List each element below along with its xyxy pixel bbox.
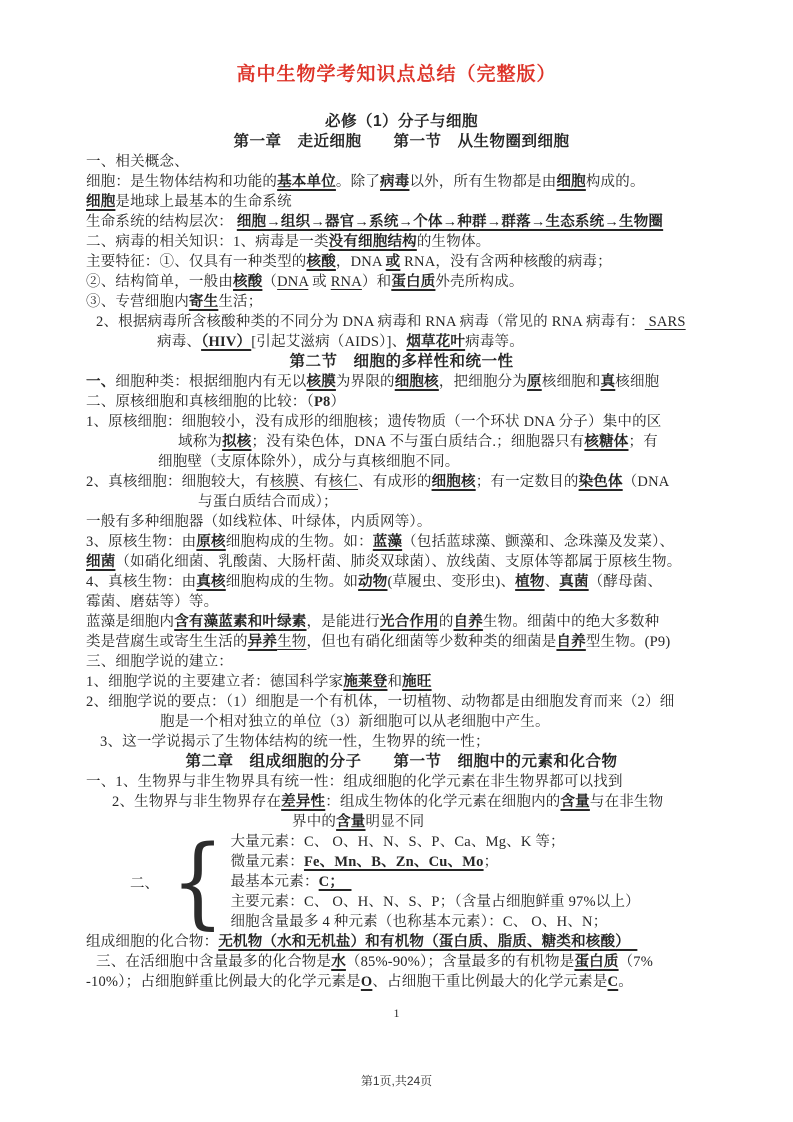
text-segment: RNA [331,274,362,290]
text-segment: 三、在活细胞中含量最多的化合物是 [96,954,331,970]
text-line: 1、细胞学说的主要建立者：德国科学家施莱登和施旺 [86,672,717,692]
text-segment: 施旺 [402,674,431,690]
text-segment: 型生物。(P9) [586,634,671,650]
text-line: 二、病毒的相关知识：1、病毒是一类没有细胞结构的生物体。 [86,232,717,252]
text-segment: 细胞壁（支原体除外），成分与真核细胞不同。 [158,454,459,470]
document-page: 高中生物学考知识点总结（完整版） 必修（1）分子与细胞第一章 走近细胞 第一节 … [0,0,793,1122]
text-segment: 蛋白质 [574,954,618,970]
text-line: 1、原核细胞：细胞较小，没有成形的细胞核；遗传物质（一个环状 DNA 分子）集中… [86,412,717,432]
text-segment: 施莱登 [343,674,387,690]
text-segment: 或 [386,254,401,270]
text-line: -10%）；占细胞鲜重比例最大的化学元素是O、占细胞干重比例最大的化学元素是C。 [86,972,717,992]
brace-text-line: 微量元素：Fe、Mn、B、Zn、Cu、Mo； [230,852,639,872]
text-line: 三、在活细胞中含量最多的化合物是水（85%-90%）；含量最多的有机物是蛋白质（… [86,952,717,972]
section-heading: 第二节 细胞的多样性和统一性 [86,352,717,372]
text-segment: 动物 [358,574,387,590]
brace-text-line: 主要元素：C、 O、H、N、S、P；（含量占细胞鲜重 97%以上） [230,892,639,912]
text-segment: [引起艾滋病（AIDS）]、 [251,334,406,350]
text-segment: 核酸 [233,274,262,290]
text-segment: 细胞构成的生物。如： [226,534,373,550]
text-segment: 微量元素： [230,854,304,870]
text-segment: 原核 [196,534,225,550]
document-title: 高中生物学考知识点总结（完整版） [0,62,793,88]
text-segment: 与蛋白质结合而成）； [198,494,338,510]
text-segment: 生物 [277,634,306,650]
text-segment: 一、 [86,374,115,390]
text-segment: 细胞含量最多 4 种元素（也称基本元素）：C、 O、H、N； [230,914,607,930]
text-segment: 细胞 [86,194,115,210]
text-segment: （HIV） [201,334,251,350]
text-segment: 细胞构成的生物。如 [226,574,358,590]
text-line: 主要特征：①、仅具有一种类型的核酸，DNA 或 RNA，没有含两种核酸的病毒； [86,252,717,272]
text-segment: 细胞核 [395,374,439,390]
text-line: 细菌（如硝化细菌、乳酸菌、大肠杆菌、肺炎双球菌）、放线菌、支原体等都属于原核生物… [86,552,717,572]
text-line: 2、根据病毒所含核酸种类的不同分为 DNA 病毒和 RNA 病毒（常见的 RNA… [86,312,717,332]
text-segment: 界中的 [292,814,336,830]
text-line: 与蛋白质结合而成）； [86,492,717,512]
section-heading: 第一章 走近细胞 第一节 从生物圈到细胞 [86,132,717,152]
text-segment: 细胞 [556,174,585,190]
text-segment: 第二章 组成细胞的分子 第一节 细胞中的元素和化合物 [185,753,617,770]
text-line: 2、真核细胞：细胞较大，有核膜、有核仁、有成形的细胞核；有一定数目的染色体（DN… [86,472,717,492]
text-segment: 2、真核细胞：细胞较大，有 [86,474,270,490]
text-line: 细胞壁（支原体除外），成分与真核细胞不同。 [86,452,717,472]
text-segment: 域称为 [178,434,222,450]
text-segment: 细胞：是生物体结构和功能的 [86,174,277,190]
text-segment: 大量元素：C、 O、H、N、S、P、Ca、Mg、K 等； [230,834,564,850]
text-line: 霉菌、磨菇等）等。 [86,592,717,612]
text-segment: 含有藻蓝素和叶绿素 [174,614,306,630]
text-line: 一般有多种细胞器（如线粒体、叶绿体，内质网等）。 [86,512,717,532]
text-segment: （ [262,274,277,290]
text-segment: ③、专营细胞内 [86,294,189,310]
text-segment: 二、原核细胞和真核细胞的比较：（ [86,394,314,410]
text-segment: 拟核 [222,434,251,450]
text-segment: 生物。细菌中的绝大多数种 [483,614,659,630]
text-line: ③、专营细胞内寄生生活； [86,292,717,312]
text-segment: Fe、Mn、B、Zn、Cu、Mo [304,854,484,870]
page-number: 1 [0,1006,793,1021]
document-body: 必修（1）分子与细胞第一章 走近细胞 第一节 从生物圈到细胞一、相关概念、细胞：… [86,112,717,992]
text-segment: 的生物体。 [417,234,491,250]
text-segment: ，是能进行 [307,614,381,630]
text-segment: 细胞核 [432,474,476,490]
text-segment: 核膜 [307,374,336,390]
text-segment: 一、1、生物界与非生物界具有统一性：组成细胞的化学元素在非生物界都可以找到 [86,774,623,790]
brace-rows: 大量元素：C、 O、H、N、S、P、Ca、Mg、K 等；微量元素：Fe、Mn、B… [230,832,639,932]
text-line: 二、原核细胞和真核细胞的比较：（P8） [86,392,717,412]
brace-text-line: 细胞含量最多 4 种元素（也称基本元素）：C、 O、H、N； [230,912,639,932]
text-segment: 以外，所有生物都是由 [409,174,556,190]
text-segment: 核细胞 [615,374,659,390]
text-segment: 生命系统的结构层次： [86,214,237,230]
text-line: 三、细胞学说的建立： [86,652,717,672]
text-segment: （如硝化细菌、乳酸菌、大肠杆菌、肺炎双球菌）、放线菌、支原体等都属于原核生物。 [115,554,681,570]
text-line: 一、细胞种类：根据细胞内有无以核膜为界限的细胞核，把细胞分为原核细胞和真核细胞 [86,372,717,392]
text-segment: C [608,974,619,990]
text-line: 域称为拟核；没有染色体，DNA 不与蛋白质结合.；细胞器只有核糖体；有 [86,432,717,452]
text-segment: 含量 [336,814,365,830]
text-segment: 自养 [556,634,585,650]
text-segment: ） [330,394,345,410]
text-segment: 1、细胞学说的主要建立者：德国科学家 [86,674,343,690]
text-segment: 第一章 走近细胞 第一节 从生物圈到细胞 [233,133,569,150]
text-segment: DNA [277,274,308,290]
text-segment: 蓝藻 [373,534,402,550]
brace-text-line: 大量元素：C、 O、H、N、S、P、Ca、Mg、K 等； [230,832,639,852]
text-segment: 核糖体 [584,434,628,450]
text-line: 3、原核生物：由原核细胞构成的生物。如：蓝藻（包括蓝球藻、颤藻和、念珠藻及发菜）… [86,532,717,552]
text-segment: （DNA [623,474,670,490]
text-segment: 基本单位 [277,174,336,190]
text-line: 胞是一个相对独立的单位（3）新细胞可以从老细胞中产生。 [86,712,717,732]
left-curly-brace-icon: { [171,823,224,941]
text-segment: ，但也有硝化细菌等少数种类的细菌是 [307,634,557,650]
text-segment: 蛋白质 [391,274,435,290]
section-heading: 必修（1）分子与细胞 [86,112,717,132]
text-segment: ；没有染色体，DNA 不与蛋白质结合.；细胞器只有 [252,434,585,450]
text-line: 蓝藻是细胞内含有藻蓝素和叶绿素，是能进行光合作用的自养生物。细菌中的绝大多数种 [86,612,717,632]
text-segment: 最基本元素： [230,874,318,890]
text-segment: 异养 [248,634,277,650]
text-segment: 真 [601,374,616,390]
text-segment: 主要元素：C、 O、H、N、S、P；（含量占细胞鲜重 97%以上） [230,894,639,910]
text-segment: 一、相关概念、 [86,154,189,170]
text-segment: 细胞→组织→器官→系统→个体→种群→群落→生态系统→生物圈 [237,214,663,230]
text-segment: SARS [645,314,686,330]
text-segment: 病毒、 [157,334,201,350]
text-segment: 是地球上最基本的生命系统 [115,194,291,210]
text-line: 2、细胞学说的要点：（1）细胞是一个有机体，一切植物、动物都是由细胞发育而来（2… [86,692,717,712]
text-segment: O [361,974,372,990]
text-segment: 一般有多种细胞器（如线粒体、叶绿体，内质网等）。 [86,514,432,530]
text-segment: 自养 [454,614,483,630]
text-segment: 构成的。 [586,174,645,190]
text-segment: 寄生 [189,294,218,310]
text-segment: 核细胞和 [542,374,601,390]
text-segment: ；有 [629,434,658,450]
text-segment: （包括蓝球藻、颤藻和、念珠藻及发菜）、 [402,534,674,550]
text-segment: 核酸 [307,254,336,270]
text-segment: （85%-90%）；含量最多的有机物是 [346,954,575,970]
text-segment: (草履虫、变形虫)、 [387,574,515,590]
text-segment: 、占细胞干重比例最大的化学元素是 [372,974,607,990]
text-segment: 3、这一学说揭示了生物体结构的统一性，生物界的统一性； [100,734,490,750]
text-segment: 外壳所构成。 [435,274,523,290]
text-segment: 为界限的 [336,374,395,390]
text-segment: 明显不同 [366,814,425,830]
text-segment: 生活； [218,294,262,310]
text-line: 一、1、生物界与非生物界具有统一性：组成细胞的化学元素在非生物界都可以找到 [86,772,717,792]
text-segment: 差异性 [281,794,325,810]
text-segment: ，DNA [336,254,386,270]
text-segment: 二、病毒的相关知识：1、病毒是一类 [86,234,329,250]
text-segment: 染色体 [579,474,623,490]
text-segment: 细菌 [86,554,115,570]
text-segment: 。除了 [336,174,380,190]
text-line: 一、相关概念、 [86,152,717,172]
text-line: 2、生物界与非生物界存在差异性：组成生物体的化学元素在细胞内的含量与在非生物 [86,792,717,812]
text-segment: 和 [387,674,402,690]
text-line: ②、结构简单，一般由核酸（DNA 或 RNA）和蛋白质外壳所构成。 [86,272,717,292]
brace-label: 二、 [130,872,159,893]
text-segment: 含量 [560,794,589,810]
text-segment: 类是营腐生或寄生生活的 [86,634,248,650]
text-segment: 的 [439,614,454,630]
text-segment: 主要特征：①、仅具有一种类型的 [86,254,307,270]
text-segment: 核膜 [270,474,299,490]
text-segment: 光合作用 [380,614,439,630]
page-footer-label: 第1页,共24页 [0,1072,793,1089]
text-segment: ）和 [362,274,391,290]
brace-text-line: 最基本元素：C； [230,872,639,892]
text-segment: 必修（1）分子与细胞 [325,113,478,130]
text-line: 病毒、（HIV）[引起艾滋病（AIDS）]、烟草花叶病毒等。 [86,332,717,352]
text-segment: P8 [314,394,331,410]
text-segment: 或 [308,274,330,290]
section-heading: 第二章 组成细胞的分子 第一节 细胞中的元素和化合物 [86,752,717,772]
text-segment: 胞是一个相对独立的单位（3）新细胞可以从老细胞中产生。 [160,714,550,730]
text-segment: 水 [331,954,346,970]
text-segment: 霉菌、磨菇等）等。 [86,594,218,610]
text-line: 细胞：是生物体结构和功能的基本单位。除了病毒以外，所有生物都是由细胞构成的。 [86,172,717,192]
text-segment: 三、细胞学说的建立： [86,654,233,670]
text-segment: 无机物（水和无机盐）和有机物（蛋白质、脂质、糖类和核酸） [218,934,637,950]
text-segment: ； [484,854,499,870]
text-segment: ；有一定数目的 [476,474,579,490]
text-segment: 烟草花叶 [406,334,465,350]
text-segment: 核仁 [329,474,358,490]
text-segment: 2、细胞学说的要点：（1）细胞是一个有机体，一切植物、动物都是由细胞发育而来（2… [86,694,674,710]
text-segment: 原 [527,374,542,390]
text-segment: 、 [545,574,560,590]
text-segment: 第二节 细胞的多样性和统一性 [289,353,513,370]
text-line: 细胞是地球上最基本的生命系统 [86,192,717,212]
text-segment: 1、原核细胞：细胞较小，没有成形的细胞核；遗传物质（一个环状 DNA 分子）集中… [86,414,662,430]
text-segment: 、有成形的 [358,474,432,490]
text-segment: 2、生物界与非生物界存在 [112,794,281,810]
text-segment: 没有细胞结构 [329,234,417,250]
element-classification-brace-group: 二、{大量元素：C、 O、H、N、S、P、Ca、Mg、K 等；微量元素：Fe、M… [130,832,717,932]
text-line: 类是营腐生或寄生生活的异养生物，但也有硝化细菌等少数种类的细菌是自养型生物。(P… [86,632,717,652]
text-segment: 病毒等。 [465,334,524,350]
text-segment: （7% [619,954,653,970]
text-segment: RNA，没有含两种核酸的病毒； [400,254,611,270]
text-segment: 、有 [299,474,328,490]
text-line: 4、真核生物：由真核细胞构成的生物。如动物(草履虫、变形虫)、植物、真菌（酵母菌… [86,572,717,592]
text-segment: -10%）；占细胞鲜重比例最大的化学元素是 [86,974,361,990]
text-segment: 与在非生物 [590,794,664,810]
text-segment: C； [319,874,352,890]
text-segment: 蓝藻是细胞内 [86,614,174,630]
text-segment: （酵母菌、 [589,574,663,590]
text-segment: 真菌 [559,574,588,590]
text-segment: ，把细胞分为 [439,374,527,390]
text-segment: ：组成生物体的化学元素在细胞内的 [325,794,560,810]
text-segment: 3、原核生物：由 [86,534,196,550]
text-segment: 植物 [515,574,544,590]
text-segment: 2、根据病毒所含核酸种类的不同分为 DNA 病毒和 RNA 病毒（常见的 RNA… [96,314,645,330]
text-segment: ②、结构简单，一般由 [86,274,233,290]
text-segment: 病毒 [380,174,409,190]
text-segment: 。 [618,974,633,990]
text-segment: 真核 [196,574,225,590]
text-line: 生命系统的结构层次： 细胞→组织→器官→系统→个体→种群→群落→生态系统→生物圈 [86,212,717,232]
text-segment: 4、真核生物：由 [86,574,196,590]
text-segment: 细胞种类：根据细胞内有无以 [115,374,306,390]
text-line: 3、这一学说揭示了生物体结构的统一性，生物界的统一性； [86,732,717,752]
